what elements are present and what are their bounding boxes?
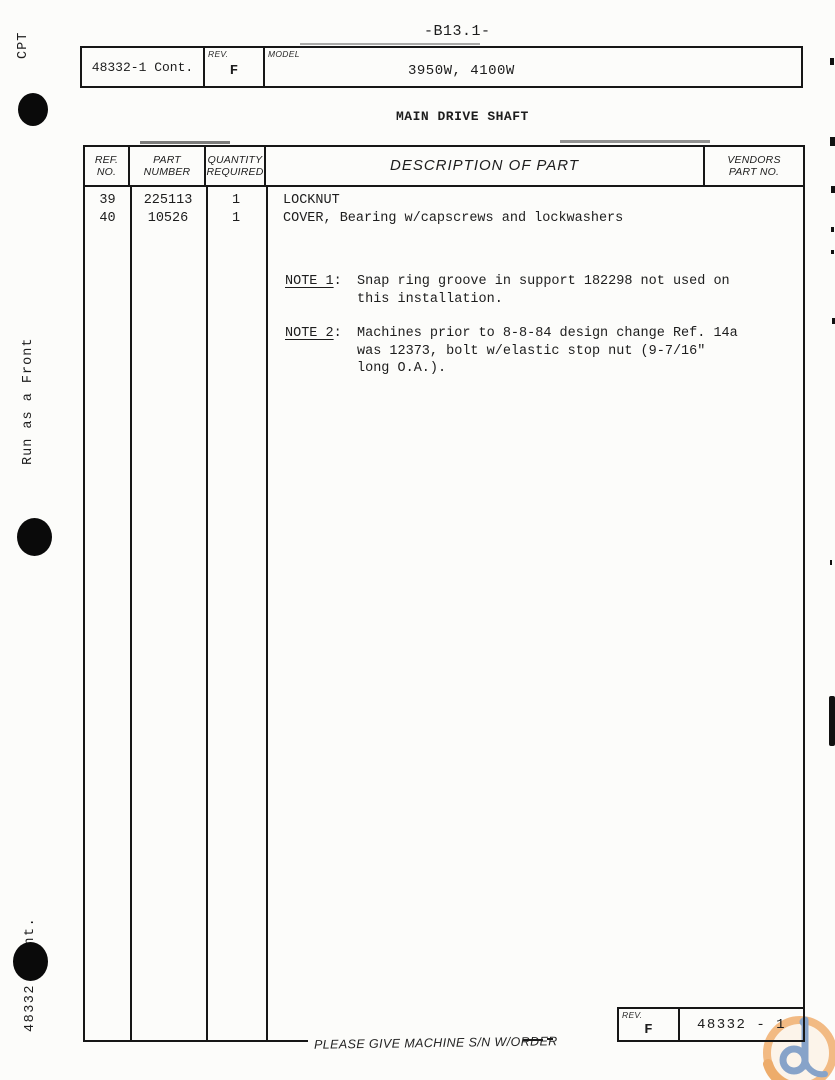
rev-cell: REV. F xyxy=(205,48,265,86)
table-column-line xyxy=(266,185,268,1040)
margin-label-cpt: CPT xyxy=(16,32,31,59)
col-header-line: REF. xyxy=(95,154,118,167)
scan-artifact xyxy=(831,186,835,193)
footer-dash xyxy=(547,1038,553,1040)
col-header-line: PART xyxy=(153,154,181,167)
table-row: 40 10526 1 COVER, Bearing w/capscrews an… xyxy=(85,210,803,228)
col-header-line: PART NO. xyxy=(729,166,779,179)
col-header-line: REQUIRED xyxy=(206,166,263,179)
footer-rev-cell: REV. F xyxy=(619,1009,680,1040)
scan-artifact xyxy=(831,227,834,232)
table-column-line xyxy=(206,185,208,1040)
punch-hole xyxy=(13,942,48,981)
note-label: NOTE 2: xyxy=(285,325,357,378)
model-value: 3950W, 4100W xyxy=(408,63,515,79)
scan-artifact xyxy=(831,250,834,254)
cell-part-number: 10526 xyxy=(130,211,206,226)
rev-value: F xyxy=(205,63,263,79)
title-block: 48332-1 Cont. REV. F MODEL 3950W, 4100W xyxy=(80,46,803,88)
parts-table-body: 39 225113 1 LOCKNUT 40 10526 1 COVER, Be… xyxy=(85,187,803,227)
model-label: MODEL xyxy=(268,49,300,59)
cell-part-number: 225113 xyxy=(130,193,206,208)
footer-dash xyxy=(523,1039,543,1041)
table-row: 39 225113 1 LOCKNUT xyxy=(85,192,803,210)
col-header-line: NO. xyxy=(97,166,116,179)
scan-artifact xyxy=(830,137,835,146)
cell-description: LOCKNUT xyxy=(266,193,705,208)
cell-quantity: 1 xyxy=(206,193,266,208)
page-title: MAIN DRIVE SHAFT xyxy=(396,109,529,124)
scan-artifact xyxy=(829,696,835,746)
margin-label-run-as-front: Run as a Front xyxy=(21,338,36,465)
cell-quantity: 1 xyxy=(206,211,266,226)
col-header-description: DESCRIPTION OF PART xyxy=(266,147,705,185)
col-header-line: VENDORS xyxy=(727,154,780,167)
note-text: Machines prior to 8-8-84 design change R… xyxy=(357,325,738,378)
machine-sn-order-note: PLEASE GIVE MACHINE S/N W/ORDER xyxy=(314,1034,558,1051)
parts-table: REF. NO. PART NUMBER QUANTITY REQUIRED D… xyxy=(83,145,805,1042)
note-label-colon: : xyxy=(334,326,342,341)
col-header-vendors-part-no: VENDORS PART NO. xyxy=(705,147,803,185)
col-header-line: DESCRIPTION OF PART xyxy=(390,160,579,173)
page-number: -B13.1- xyxy=(424,23,491,40)
table-column-line xyxy=(130,185,132,1040)
scan-artifact xyxy=(140,141,230,144)
cell-ref-no: 40 xyxy=(85,211,130,226)
note-text: Snap ring groove in support 182298 not u… xyxy=(357,273,730,308)
scan-artifact xyxy=(830,58,834,65)
punch-hole xyxy=(18,93,48,126)
note-label: NOTE 1: xyxy=(285,273,357,308)
parts-table-header-row: REF. NO. PART NUMBER QUANTITY REQUIRED D… xyxy=(85,147,803,187)
cell-description: COVER, Bearing w/capscrews and lockwashe… xyxy=(266,211,705,226)
footer-rev-value: F xyxy=(619,1022,678,1038)
note-label-text: NOTE 1 xyxy=(285,274,334,289)
model-cell: MODEL 3950W, 4100W xyxy=(265,48,801,86)
footer-doc-number: 48332 - 1 xyxy=(680,1009,803,1040)
doc-number: 48332-1 Cont. xyxy=(82,48,205,86)
scanned-parts-catalog-page: -B13.1- CPT Run as a Front 48332 Front. … xyxy=(0,0,835,1080)
footer-rev-label: REV. xyxy=(622,1010,642,1020)
col-header-ref-no: REF. NO. xyxy=(85,147,130,185)
note-1: NOTE 1: Snap ring groove in support 1822… xyxy=(285,273,730,308)
scan-artifact xyxy=(300,43,480,45)
note-label-colon: : xyxy=(334,274,342,289)
scan-artifact xyxy=(830,560,832,565)
col-header-part-number: PART NUMBER xyxy=(130,147,206,185)
note-2: NOTE 2: Machines prior to 8-8-84 design … xyxy=(285,325,738,378)
col-header-line: QUANTITY xyxy=(208,154,263,167)
scan-artifact xyxy=(560,140,710,143)
rev-label: REV. xyxy=(208,49,228,59)
footer-rev-block: REV. F 48332 - 1 xyxy=(617,1007,805,1042)
punch-hole xyxy=(17,518,52,556)
note-label-text: NOTE 2 xyxy=(285,326,334,341)
cell-ref-no: 39 xyxy=(85,193,130,208)
col-header-quantity-required: QUANTITY REQUIRED xyxy=(206,147,266,185)
col-header-line: NUMBER xyxy=(144,166,191,179)
